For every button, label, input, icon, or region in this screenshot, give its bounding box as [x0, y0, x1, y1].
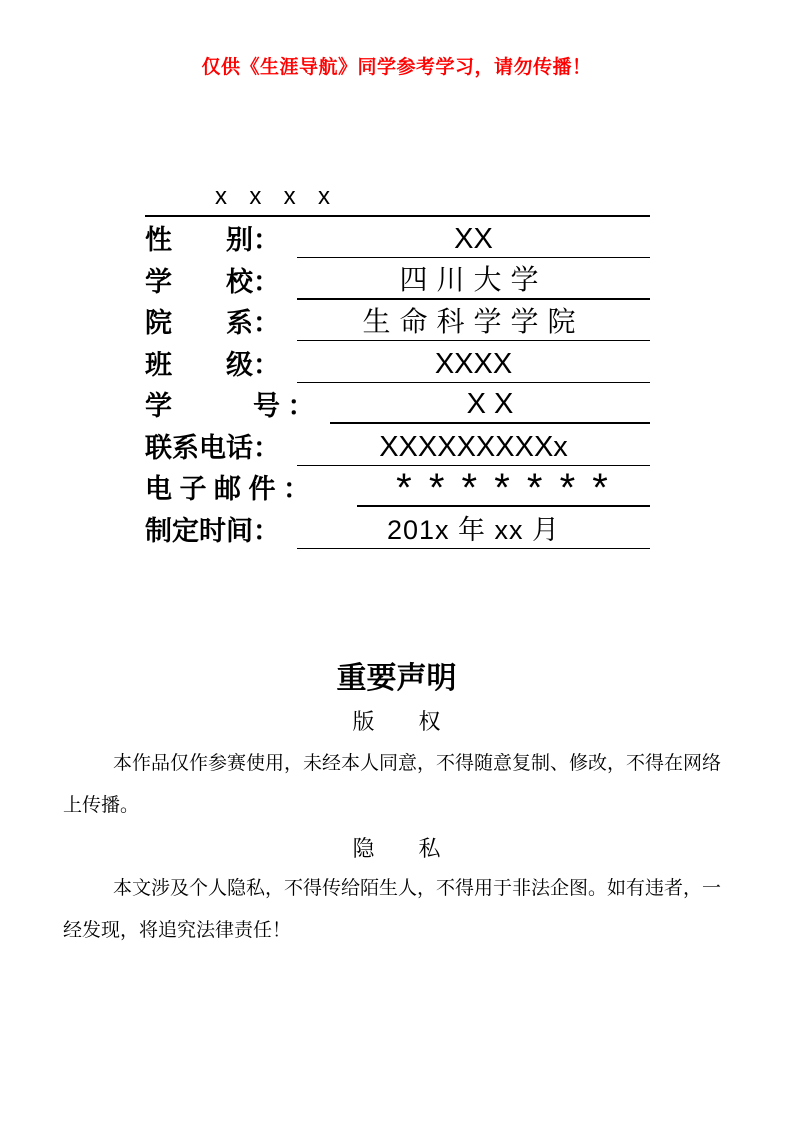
- form-row-phone: 联系电话： XXXXXXXXXx: [145, 424, 650, 466]
- gender-label: 性 别：: [145, 222, 297, 258]
- privacy-paragraph: 本文涉及个人隐私，不得传给陌生人，不得用于非法企图。如有违者，一 经发现，将追究…: [63, 868, 731, 952]
- paragraph-line: 本作品仅作参赛使用，未经本人同意，不得随意复制、修改，不得在网络: [63, 743, 731, 785]
- name-placeholder-value: x x x x: [145, 179, 650, 217]
- form-row-email: 电 子 邮 件 ： * * * * * * *: [145, 466, 650, 508]
- form-row-student-id: 学 号 ： X X: [145, 383, 650, 425]
- copyright-heading: 版 权: [63, 709, 730, 735]
- copyright-paragraph: 本作品仅作参赛使用，未经本人同意，不得随意复制、修改，不得在网络 上传播。: [63, 743, 731, 827]
- form-row-faculty: 院 系： 生命科学学院: [145, 300, 650, 342]
- gender-value: XX: [297, 221, 650, 258]
- school-label: 学 校：: [145, 264, 297, 300]
- email-label: 电 子 邮 件 ：: [145, 471, 357, 507]
- paragraph-line: 经发现，将追究法律责任！: [63, 910, 731, 952]
- declaration-title: 重要声明: [63, 661, 730, 697]
- student-id-label: 学 号 ：: [145, 388, 330, 424]
- paragraph-line: 本文涉及个人隐私，不得传给陌生人，不得用于非法企图。如有违者，一: [63, 868, 731, 910]
- form-row-school: 学 校： 四川大学: [145, 258, 650, 300]
- paragraph-line: 上传播。: [63, 785, 731, 827]
- form-row-gender: 性 别： XX: [145, 217, 650, 259]
- school-value: 四川大学: [297, 262, 650, 300]
- profile-form: x x x x 性 别： XX 学 校： 四川大学 院 系： 生命科学学院 班 …: [145, 175, 650, 549]
- notice-banner: 仅供《生涯导航》同学参考学习，请勿传播！: [0, 56, 793, 80]
- document-page: { "notice": "仅供《生涯导航》同学参考学习，请勿传播！", "col…: [0, 0, 793, 1122]
- form-row-class: 班 级： XXXX: [145, 341, 650, 383]
- date-label: 制定时间：: [145, 513, 297, 549]
- date-value: 201x 年 xx 月: [297, 512, 650, 549]
- form-row-date: 制定时间： 201x 年 xx 月: [145, 507, 650, 549]
- faculty-value: 生命科学学院: [297, 304, 650, 341]
- email-value: * * * * * * *: [357, 471, 650, 507]
- class-label: 班 级：: [145, 347, 297, 383]
- phone-value: XXXXXXXXXx: [297, 429, 650, 466]
- class-value: XXXX: [297, 346, 650, 383]
- student-id-value: X X: [330, 386, 650, 424]
- phone-label: 联系电话：: [145, 430, 297, 466]
- faculty-label: 院 系：: [145, 305, 297, 341]
- form-row-name: x x x x: [145, 175, 650, 217]
- privacy-heading: 隐 私: [63, 836, 730, 862]
